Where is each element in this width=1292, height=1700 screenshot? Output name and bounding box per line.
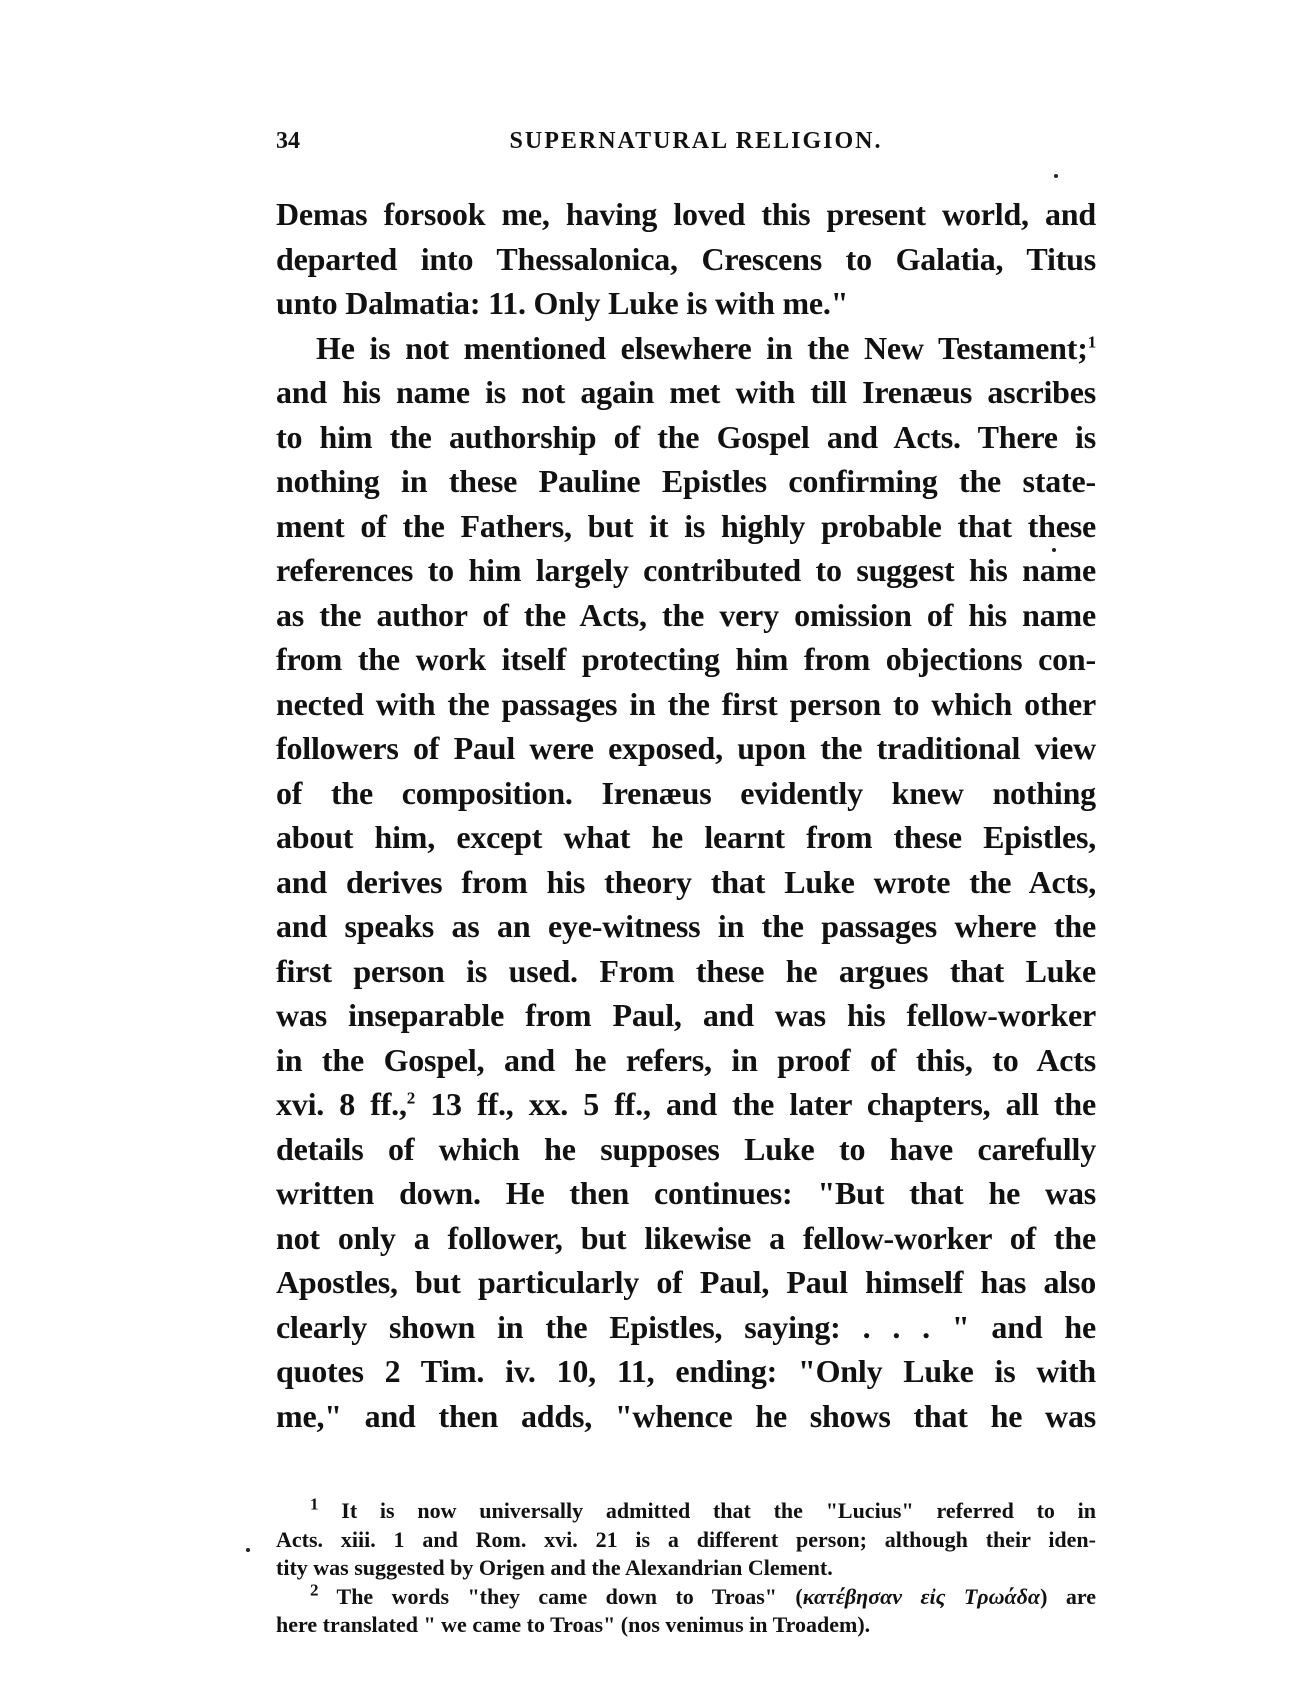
text-line: xvi. 8 ff.,2 13 ff., xx. 5 ff., and the … xyxy=(276,1082,1096,1127)
footnote-ref[interactable]: 2 xyxy=(407,1088,415,1107)
text-span: It is now universally admitted that the … xyxy=(341,1498,1096,1523)
text-span: The words "they came down to Troas" ( xyxy=(337,1584,803,1609)
text-line: about him, except what he learnt from th… xyxy=(276,815,1096,860)
scan-speck xyxy=(1052,548,1056,552)
greek-text: κατέβησαν εἰς Τρωάδα xyxy=(803,1584,1040,1609)
text-line: to him the authorship of the Gospel and … xyxy=(276,415,1096,460)
text-line: Demas forsook me, having loved this pres… xyxy=(276,192,1096,237)
text-line: and derives from his theory that Luke wr… xyxy=(276,860,1096,905)
text-line: details of which he supposes Luke to hav… xyxy=(276,1127,1096,1172)
scan-speck xyxy=(246,1548,250,1552)
text-span: 13 ff., xx. 5 ff., and the later chapter… xyxy=(415,1086,1096,1122)
text-line: first person is used. From these he argu… xyxy=(276,949,1096,994)
text-line: and his name is not again met with till … xyxy=(276,370,1096,415)
text-line: in the Gospel, and he refers, in proof o… xyxy=(276,1038,1096,1083)
text-line: written down. He then continues: "But th… xyxy=(276,1171,1096,1216)
text-span: He is not mentioned elsewhere in the New… xyxy=(316,330,1088,366)
footnote-2-line: 2 The words "they came down to Troas" (κ… xyxy=(276,1583,1096,1612)
footnote-1-line: Acts. xiii. 1 and Rom. xvi. 21 is a diff… xyxy=(276,1526,1096,1555)
text-line: Apostles, but particularly of Paul, Paul… xyxy=(276,1260,1096,1305)
footnote-1-line: tity was suggested by Origen and the Ale… xyxy=(276,1554,1096,1583)
text-line: quotes 2 Tim. iv. 10, 11, ending: "Only … xyxy=(276,1349,1096,1394)
text-line: departed into Thessalonica, Crescens to … xyxy=(276,237,1096,282)
body-text: Demas forsook me, having loved this pres… xyxy=(276,192,1096,1438)
text-line: followers of Paul were exposed, upon the… xyxy=(276,726,1096,771)
text-line: nothing in these Pauline Epistles confir… xyxy=(276,459,1096,504)
text-line: me," and then adds, "whence he shows tha… xyxy=(276,1394,1096,1439)
page-header: 34 SUPERNATURAL RELIGION. xyxy=(276,128,1116,168)
footnote-ref[interactable]: 1 xyxy=(1088,332,1096,351)
text-line: from the work itself protecting him from… xyxy=(276,637,1096,682)
text-line: clearly shown in the Epistles, saying: .… xyxy=(276,1305,1096,1350)
text-line: of the composition. Irenæus evidently kn… xyxy=(276,771,1096,816)
footnote-marker: 1 xyxy=(310,1495,319,1514)
text-span: ) are xyxy=(1040,1584,1096,1609)
text-line: as the author of the Acts, the very omis… xyxy=(276,593,1096,638)
text-span: xvi. 8 ff., xyxy=(276,1086,407,1122)
scan-speck xyxy=(1054,174,1058,178)
text-line: unto Dalmatia: 11. Only Luke is with me.… xyxy=(276,281,1096,326)
text-line: He is not mentioned elsewhere in the New… xyxy=(276,326,1096,371)
text-line: not only a follower, but likewise a fell… xyxy=(276,1216,1096,1261)
footnotes: 1 It is now universally admitted that th… xyxy=(276,1497,1096,1640)
footnote-marker: 2 xyxy=(310,1580,319,1599)
running-title: SUPERNATURAL RELIGION. xyxy=(276,128,1116,155)
footnote-1-line: 1 It is now universally admitted that th… xyxy=(276,1497,1096,1526)
text-line: ment of the Fathers, but it is highly pr… xyxy=(276,504,1096,549)
text-line: nected with the passages in the first pe… xyxy=(276,682,1096,727)
footnote-2-line: here translated " we came to Troas" (nos… xyxy=(276,1611,1096,1640)
text-line: and speaks as an eye-witness in the pass… xyxy=(276,904,1096,949)
text-line: references to him largely contributed to… xyxy=(276,548,1096,593)
text-line: was inseparable from Paul, and was his f… xyxy=(276,993,1096,1038)
